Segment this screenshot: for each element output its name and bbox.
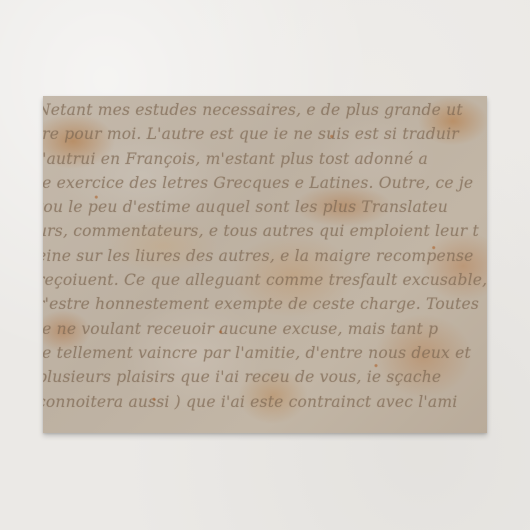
script-line: le exercice des letres Grecques e Latine… (43, 171, 487, 195)
script-line: eine sur les liures des autres, e la mai… (43, 244, 487, 268)
script-line: l'autrui en François, m'estant plus tost… (43, 147, 487, 171)
script-line: reçoiuent. Ce que alleguant comme tresfa… (43, 268, 487, 292)
script-line: ie ne voulant receuoir aucune excuse, ma… (43, 317, 487, 341)
script-line: plusieurs plaisirs que i'ai receu de vou… (43, 365, 487, 389)
script-text: Netant mes estudes necessaires, e de plu… (43, 98, 487, 414)
script-line: urs, commentateurs, e tous autres qui em… (43, 219, 487, 243)
script-line: ire pour moi. L'autre est que ie ne suis… (43, 122, 487, 146)
script-line: r'estre honnestement exempte de ceste ch… (43, 292, 487, 316)
script-line: Netant mes estudes necessaires, e de plu… (43, 98, 487, 122)
script-line: ie tellement vaincre par l'amitie, d'ent… (43, 341, 487, 365)
script-line: connoitera aussi ) que i'ai este contrai… (43, 390, 487, 414)
postcard: Netant mes estudes necessaires, e de plu… (43, 96, 487, 433)
script-line: tou le peu d'estime auquel sont les plus… (43, 195, 487, 219)
